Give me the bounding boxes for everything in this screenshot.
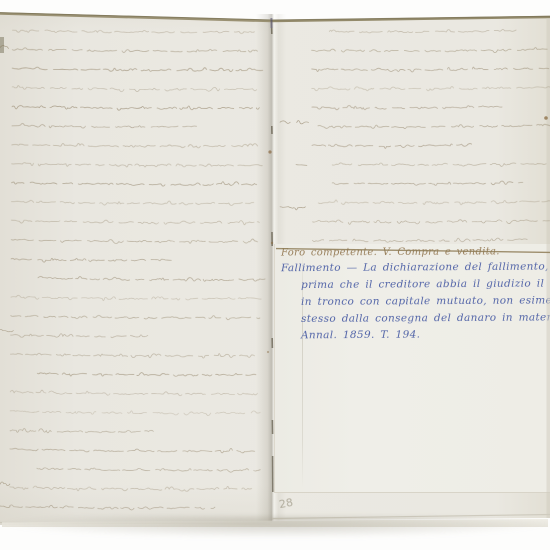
card-crease xyxy=(302,248,303,488)
card-line: stesso dalla consegna del danaro in mate… xyxy=(301,311,550,325)
card-line: prima che il creditore abbia il giudizio… xyxy=(301,277,550,291)
book-shadow xyxy=(6,516,544,538)
pasted-note-card: Foro competente. V. Compra e vendita. Fa… xyxy=(274,244,550,493)
card-heading: Foro competente. V. Compra e vendita. xyxy=(281,246,500,258)
manuscript-photo: Foro competente. V. Compra e vendita. Fa… xyxy=(0,0,550,550)
card-line: Fallimento — La dichiarazione del fallim… xyxy=(281,260,550,274)
card-line: Annal. 1859. T. 194. xyxy=(301,329,420,342)
card-line: in tronco con capitale mutuato, non esim… xyxy=(301,294,550,308)
